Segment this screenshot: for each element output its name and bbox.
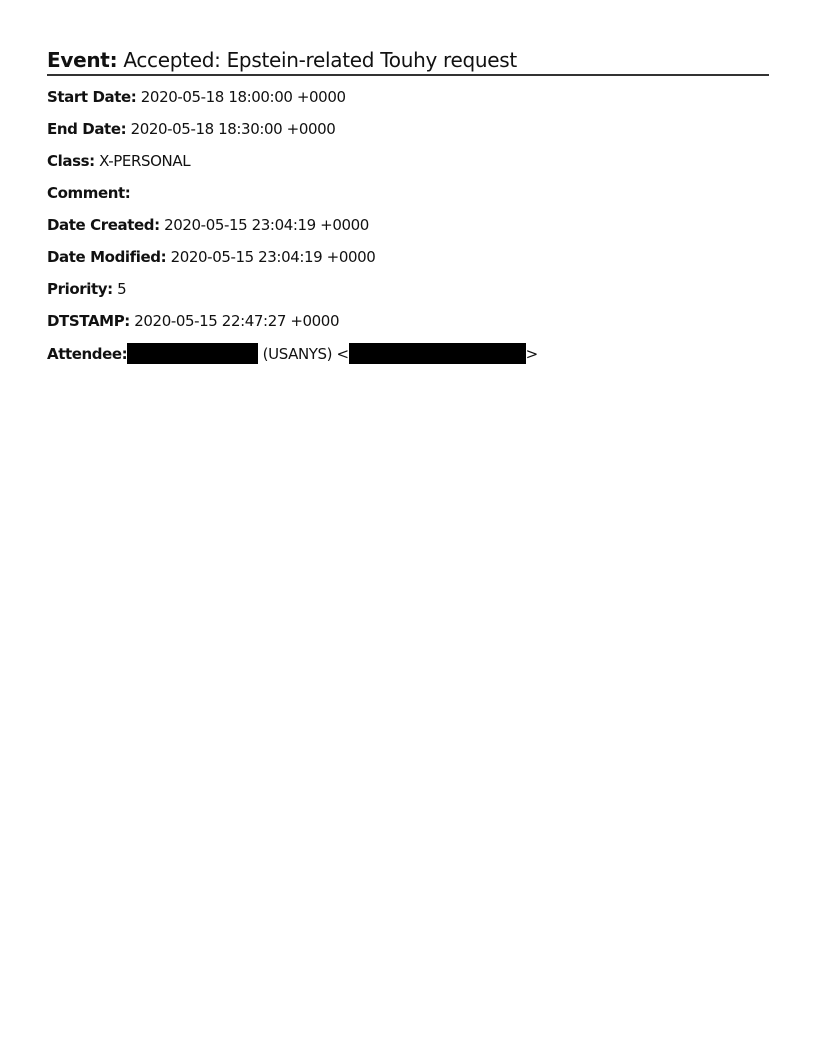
redaction-email	[349, 343, 526, 364]
event-title: Event: Accepted: Epstein-related Touhy r…	[47, 47, 769, 76]
field-comment: Comment:	[47, 183, 130, 203]
redaction-name	[127, 343, 258, 364]
event-label: Event:	[47, 48, 117, 72]
field-attendee: Attendee: (USANYS) <>	[47, 343, 538, 364]
event-value: Accepted: Epstein-related Touhy request	[123, 48, 517, 72]
field-date-modified: Date Modified: 2020-05-15 23:04:19 +0000	[47, 247, 375, 267]
field-end-date: End Date: 2020-05-18 18:30:00 +0000	[47, 119, 335, 139]
field-dtstamp: DTSTAMP: 2020-05-15 22:47:27 +0000	[47, 311, 339, 331]
field-priority: Priority: 5	[47, 279, 126, 299]
field-date-created: Date Created: 2020-05-15 23:04:19 +0000	[47, 215, 369, 235]
field-class: Class: X-PERSONAL	[47, 151, 190, 171]
field-start-date: Start Date: 2020-05-18 18:00:00 +0000	[47, 87, 346, 107]
